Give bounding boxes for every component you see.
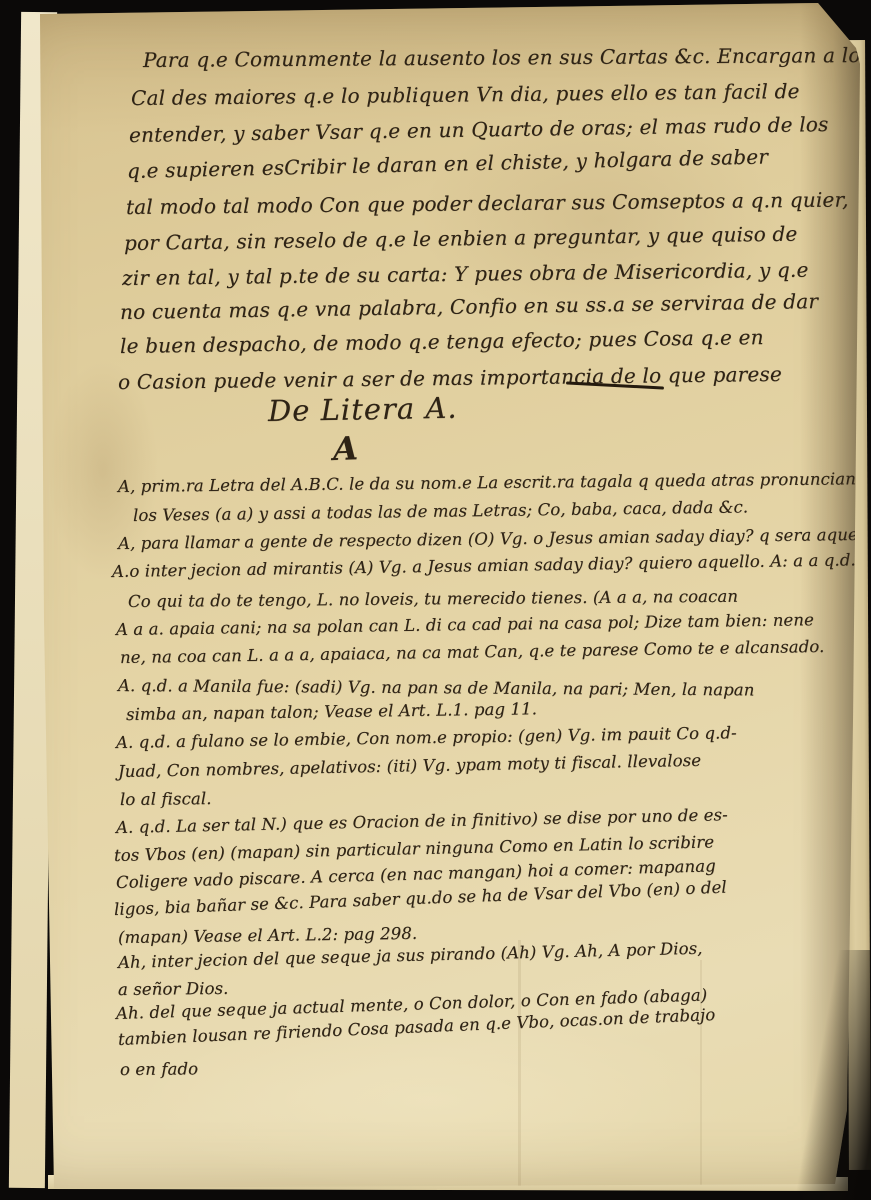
manuscript-line: Co qui ta do te tengo, L. no loveis, tu … [128,587,738,611]
manuscript-line: A. q.d. La ser tal N.) que es Oracion de… [116,805,728,837]
manuscript-line: A. q.d. a fulano se lo embie, Con nom.e … [116,723,737,752]
manuscript-line: Cal des maiores q.e lo publiquen Vn dia,… [131,79,800,110]
manuscript-line: o Casion puede venir a ser de mas import… [118,362,782,394]
section-heading: De Litera A. [268,391,458,428]
manuscript-line: le buen despacho, de modo q.e tenga efec… [120,325,764,358]
manuscript-line: entender, y saber Vsar q.e en un Quarto … [129,112,829,147]
manuscript-line: A, para llamar a gente de respecto dizen… [118,525,871,553]
manuscript-line: q.e supieren esCribir le daran en el chi… [127,144,769,183]
section-letter: A [332,429,358,468]
manuscript-line: a señor Dios. [118,979,229,999]
manuscript-line: Para q.e Comunmente la ausento los en su… [143,43,871,72]
manuscript-line: tal modo tal modo Con que poder declarar… [126,187,849,219]
manuscript-line: o en fado [120,1059,198,1079]
manuscript-line: (mapan) Vease el Art. L.2: pag 298. [118,924,418,947]
manuscript-line: zir en tal, y tal p.te de su carta: Y pu… [122,258,809,290]
manuscript-line: los Veses (a a) y assi a todas las de ma… [133,497,748,525]
manuscript-line: simba an, napan talon; Vease el Art. L.1… [126,699,537,724]
paper-fold-line [518,940,521,1190]
manuscript-photo: Para q.e Comunmente la ausento los en su… [0,0,871,1200]
manuscript-line: por Carta, sin reselo de q.e le enbien a… [124,222,798,255]
manuscript-line: Juad, Con nombres, apelativos: (iti) Vg.… [118,751,701,781]
manuscript-line: A a a. apaia cani; na sa polan can L. di… [116,610,814,639]
manuscript-line: ne, na coa can L. a a a, apaiaca, na ca … [120,637,825,667]
manuscript-line: lo al fiscal. [120,789,212,809]
manuscript-line: no cuenta mas q.e vna palabra, Confio en… [120,289,818,324]
manuscript-line: A.o inter jecion ad mirantis (A) Vg. a J… [112,550,856,581]
manuscript-page: Para q.e Comunmente la ausento los en su… [0,0,871,1200]
manuscript-line: A. q.d. a Manila fue: (sadi) Vg. na pan … [118,676,755,699]
binding-shadow [795,950,871,1200]
manuscript-line: A, prim.ra Letra del A.B.C. le da su nom… [118,469,871,496]
